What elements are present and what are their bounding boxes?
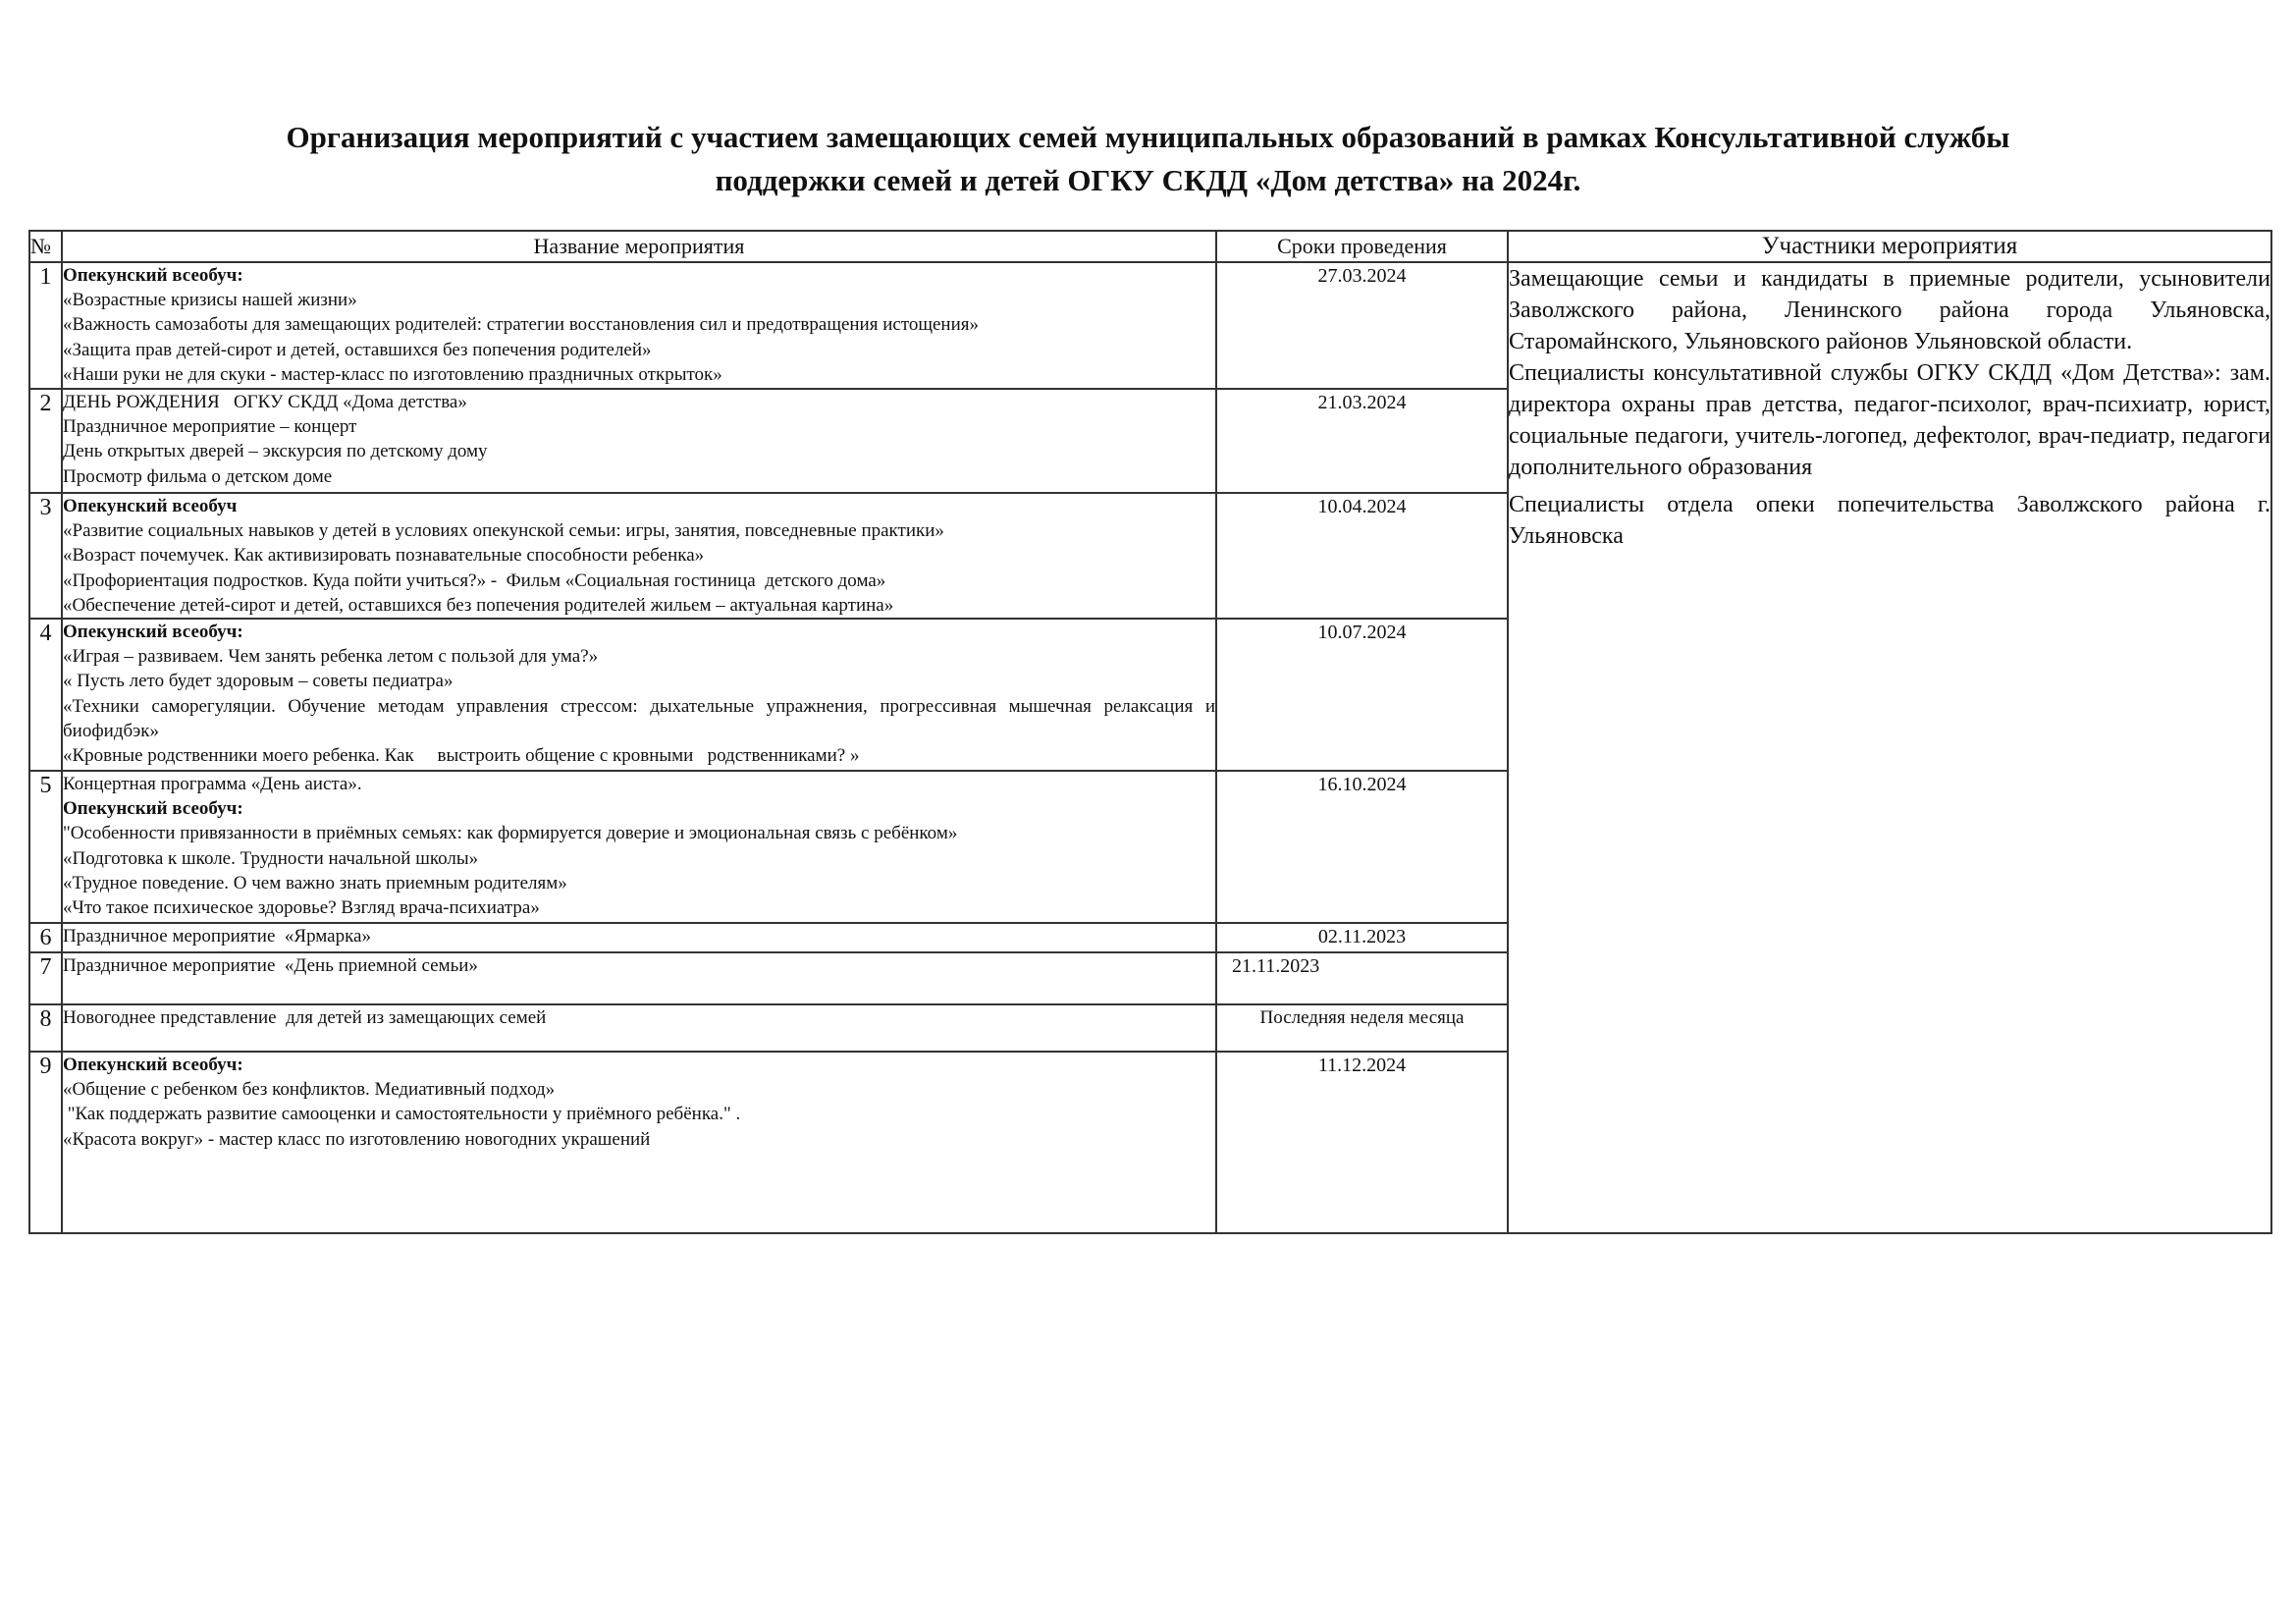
row-number: 5 [29,771,62,923]
event-item: Концертная программа «День аиста». [63,772,1215,796]
event-item: «Развитие социальных навыков у детей в у… [63,518,1215,543]
row-number: 8 [29,1004,62,1052]
event-date: 10.07.2024 [1216,619,1508,771]
row-number: 7 [29,952,62,1004]
event-name-cell: Опекунский всеобуч:«Возрастные кризисы н… [62,262,1216,389]
event-item: Праздничное мероприятие «День приемной с… [63,953,1215,978]
event-item: Просмотр фильма о детском доме [63,464,1215,489]
event-item: «Возраст почемучек. Как активизировать п… [63,543,1215,568]
event-item: Праздничное мероприятие – концерт [63,414,1215,439]
event-item: «Профориентация подростков. Куда пойти у… [63,568,1215,593]
event-date: 11.12.2024 [1216,1052,1508,1233]
event-date: 16.10.2024 [1216,771,1508,923]
header-event-name: Название мероприятия [62,231,1216,262]
table-row: 1Опекунский всеобуч:«Возрастные кризисы … [29,262,2271,389]
event-name-cell: ДЕНЬ РОЖДЕНИЯ ОГКУ СКДД «Дома детства»Пр… [62,389,1216,493]
event-item: «Красота вокруг» - мастер класс по изгот… [63,1127,1215,1152]
event-name-cell: Новогоднее представление для детей из за… [62,1004,1216,1052]
participants-cell: Замещающие семьи и кандидаты в приемные … [1508,262,2271,1233]
event-section-heading: Опекунский всеобуч: [63,263,1215,288]
event-item: «Трудное поведение. О чем важно знать пр… [63,871,1215,895]
event-item: "Особенности привязанности в приёмных се… [63,821,1215,845]
events-table: № Название мероприятия Сроки проведения … [28,230,2272,1234]
event-date: 27.03.2024 [1216,262,1508,389]
row-number: 9 [29,1052,62,1233]
event-item: «Возрастные кризисы нашей жизни» [63,288,1215,312]
title-line-2: поддержки семей и детей ОГКУ СКДД «Дом д… [0,159,2296,202]
event-item: ДЕНЬ РОЖДЕНИЯ ОГКУ СКДД «Дома детства» [63,390,1215,414]
event-item: «Подготовка к школе. Трудности начальной… [63,846,1215,871]
event-item: «Кровные родственники моего ребенка. Как… [63,743,1215,768]
table-header-row: № Название мероприятия Сроки проведения … [29,231,2271,262]
event-item: «Техники саморегуляции. Обучение методам… [63,694,1215,743]
title-line-1: Организация мероприятий с участием замещ… [0,116,2296,159]
event-item: «Обеспечение детей-сирот и детей, оставш… [63,593,1215,618]
event-item: « Пусть лето будет здоровым – советы пед… [63,669,1215,693]
participants-paragraph: Специалисты консультативной службы ОГКУ … [1509,357,2270,483]
event-item: «Общение с ребенком без конфликтов. Меди… [63,1077,1215,1102]
document-title: Организация мероприятий с участием замещ… [0,116,2296,202]
header-number: № [29,231,62,262]
event-section-heading: Опекунский всеобуч: [63,620,1215,644]
event-date: 21.11.2023 [1216,952,1508,1004]
event-date: 02.11.2023 [1216,923,1508,952]
row-number: 1 [29,262,62,389]
row-number: 6 [29,923,62,952]
row-number: 2 [29,389,62,493]
event-name-cell: Праздничное мероприятие «День приемной с… [62,952,1216,1004]
row-number: 3 [29,493,62,619]
event-date: 21.03.2024 [1216,389,1508,493]
event-name-cell: Опекунский всеобуч:«Играя – развиваем. Ч… [62,619,1216,771]
header-dates: Сроки проведения [1216,231,1508,262]
event-item: «Что такое психическое здоровье? Взгляд … [63,895,1215,920]
event-item: «Важность самозаботы для замещающих роди… [63,312,1215,337]
event-name-cell: Опекунский всеобуч«Развитие социальных н… [62,493,1216,619]
event-item: "Как поддержать развитие самооценки и са… [63,1102,1215,1126]
event-name-cell: Концертная программа «День аиста».Опекун… [62,771,1216,923]
event-item: «Наши руки не для скуки - мастер-класс п… [63,362,1215,387]
event-item: «Защита прав детей-сирот и детей, оставш… [63,338,1215,362]
event-item: День открытых дверей – экскурсия по детс… [63,439,1215,463]
event-section-heading: Опекунский всеобуч: [63,1053,1215,1077]
header-participants: Участники мероприятия [1508,231,2271,262]
event-date: Последняя неделя месяца [1216,1004,1508,1052]
row-number: 4 [29,619,62,771]
participants-paragraph: Специалисты отдела опеки попечительства … [1509,489,2270,552]
event-name-cell: Опекунский всеобуч:«Общение с ребенком б… [62,1052,1216,1233]
event-date: 10.04.2024 [1216,493,1508,619]
event-name-cell: Праздничное мероприятие «Ярмарка» [62,923,1216,952]
event-section-heading: Опекунский всеобуч [63,494,1215,518]
participants-paragraph: Замещающие семьи и кандидаты в приемные … [1509,263,2270,357]
event-item: Новогоднее представление для детей из за… [63,1005,1215,1030]
event-section-heading: Опекунский всеобуч: [63,796,1215,821]
event-item: Праздничное мероприятие «Ярмарка» [63,924,1215,948]
event-item: «Играя – развиваем. Чем занять ребенка л… [63,644,1215,669]
